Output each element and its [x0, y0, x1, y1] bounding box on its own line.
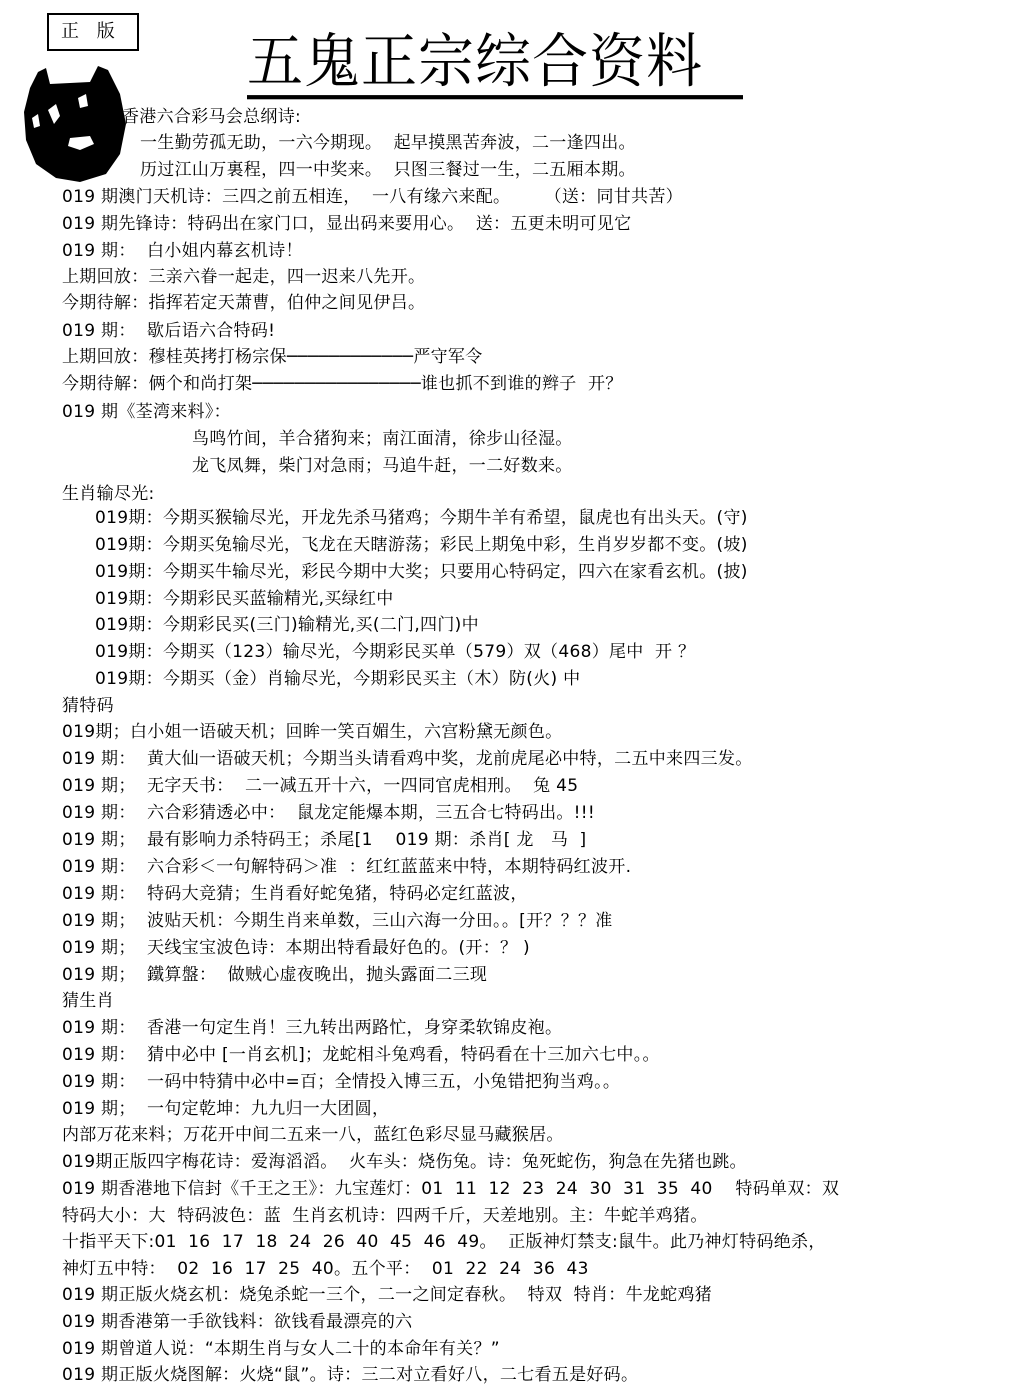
- text-line: 猜生肖: [62, 990, 114, 1012]
- text-line: 019期：今期彩民买(三门)输精光,买(二门,四门)中: [95, 614, 479, 636]
- text-line: 十指平天下:01 16 17 18 24 26 40 45 46 49。 正版神…: [62, 1231, 826, 1253]
- text-line: 019期：今期买猴输尽光，开龙先杀马猪鸡；今期牛羊有希望，鼠虎也有出头天。(守): [95, 507, 748, 529]
- text-line: 019 期： 猜中必中 [一肖玄机]；龙蛇相斗兔鸡看，特码看在十三加六七中。。: [62, 1044, 660, 1066]
- text-line: 019期正版四字梅花诗：爱海滔滔。 火车头：烧伤兔。诗：兔死蛇伤，狗急在先猪也跳…: [62, 1151, 747, 1173]
- text-line: 019期：今期买兔输尽光，飞龙在天瞎游荡；彩民上期兔中彩，生肖岁岁都不变。(坡): [95, 534, 748, 556]
- text-line: 特码大小：大 特码波色：蓝 生肖玄机诗：四两千斤，天差地别。主：牛蛇羊鸡猪。: [62, 1205, 708, 1227]
- text-line: 猜特码: [62, 695, 114, 717]
- text-line: 019期；白小姐一语破天机；回眸一笑百媚生，六宫粉黛无颜色。: [62, 721, 562, 743]
- text-line: 历过江山万裏程，四一中奖来。 只图三餐过一生，二五厢本期。: [140, 159, 636, 181]
- text-line: 019 期先锋诗：特码出在家门口，显出码来要用心。 送：五更未明可见它: [62, 213, 631, 235]
- text-line: 内部万花来料；万花开中间二五来一八，蓝红色彩尽显马藏猴居。: [62, 1124, 564, 1146]
- text-line: 019 期； 天线宝宝波色诗：本期出特看最好色的。(开：？ ): [62, 937, 530, 959]
- text-line: 019期：今期彩民买蓝输精光,买绿红中: [95, 588, 394, 610]
- text-line: 019 期《荃湾来料》：: [62, 401, 231, 423]
- text-line: 019 期： 歇后语六合特码!: [62, 320, 275, 342]
- text-line: 鸟鸣竹间，羊合猪狗来；南江面清，徐步山径湿。: [192, 428, 573, 450]
- text-line: 今期待解：指挥若定天萧曹，伯仲之间见伊吕。: [62, 292, 425, 314]
- text-line: 019 期： 白小姐内幕玄机诗！: [62, 240, 303, 262]
- text-line: 019 期； 最有影响力杀特码王；杀尾[1 019 期：杀肖[ 龙 马 ]: [62, 829, 586, 851]
- text-line: 019 期； 一句定乾坤：九九归一大团圆，: [62, 1098, 389, 1120]
- portrait-image: [20, 64, 130, 182]
- text-line: 019 期： 香港一句定生肖！三九转出两路忙，身穿柔软锦皮袍。: [62, 1017, 562, 1039]
- text-line: 生肖输尽光:: [62, 483, 155, 505]
- text-line: 019 期正版火烧图解：火烧“鼠”。诗：三二对立看好八，二七看五是好码。: [62, 1364, 638, 1386]
- text-line: 一生勤劳孤无助，一六今期现。 起早摸黑苦奔波，二一逢四出。: [140, 132, 636, 154]
- text-line: 上期回放：穆桂英拷打杨宗保────────────严守军令: [62, 346, 483, 368]
- page-title: 五鬼正宗综合资料: [247, 30, 743, 99]
- text-line: 019 期； 波贴天机：今期生肖来单数，三山六海一分田。。[开？？？准: [62, 910, 613, 932]
- text-line: 019期：今期买（123）输尽光，今期彩民买单（579）双（468）尾中 开 ？: [95, 641, 695, 663]
- text-line: 019期：今期买牛输尽光，彩民今期中大奖；只要用心特码定，四六在家看玄机。(披): [95, 561, 748, 583]
- text-line: 神灯五中特： 02 16 17 25 40。五个平： 01 22 24 36 4…: [62, 1258, 589, 1280]
- text-line: 今期待解：俩个和尚打架────────────────谁也抓不到谁的辫子 开？: [62, 373, 623, 395]
- text-line: 019 期： 六合彩＜一句解特码＞准 ：红红蓝蓝来中特，本期特码红波开.: [62, 856, 631, 878]
- text-line: 019 期： 黄大仙一语破天机；今期当头请看鸡中奖，龙前虎尾必中特，二五中来四三…: [62, 748, 753, 770]
- text-line: 019 期： 六合彩猜透必中： 鼠龙定能爆本期，三五合七特码出。!!!: [62, 802, 595, 824]
- text-line: 上期回放：三亲六眷一起走，四一迟来八先开。: [62, 266, 425, 288]
- text-line: 香港六合彩马会总纲诗:: [122, 106, 301, 128]
- text-line: 019 期香港地下信封《千王之王》：九宝莲灯：01 11 12 23 24 30…: [62, 1178, 839, 1200]
- text-line: 019期：今期买（金）肖输尽光，今期彩民买主（木）防(火) 中: [95, 668, 580, 690]
- text-line: 019 期： 特码大竞猜；生肖看好蛇兔猪，特码必定红蓝波，: [62, 883, 528, 905]
- text-line: 019 期澳门天机诗：三四之前五相连， 一八有缘六来配。 （送：同甘共苦）: [62, 186, 683, 208]
- authentic-badge: 正 版: [47, 13, 139, 51]
- text-line: 019 期； 无字天书： 二一减五开十六，一四同官虎相刑。 兔 45: [62, 775, 578, 797]
- text-line: 019 期； 鐵算盤： 做贼心虚夜晚出，抛头露面二三现: [62, 964, 487, 986]
- text-line: 019 期： 一码中特猜中必中=百；全情投入博三五，小兔错把狗当鸡。。: [62, 1071, 620, 1093]
- text-line: 019 期香港第一手欲钱料：欲钱看最漂亮的六: [62, 1311, 412, 1333]
- text-line: 019 期曾道人说：“本期生肖与女人二十的本命年有关？”: [62, 1338, 500, 1360]
- text-line: 龙飞凤舞，柴门对急雨；马追牛赶，一二好数来。: [192, 455, 573, 477]
- text-line: 019 期正版火烧玄机：烧兔杀蛇一三个，二一之间定春秋。 特双 特肖：牛龙蛇鸡猪: [62, 1284, 712, 1306]
